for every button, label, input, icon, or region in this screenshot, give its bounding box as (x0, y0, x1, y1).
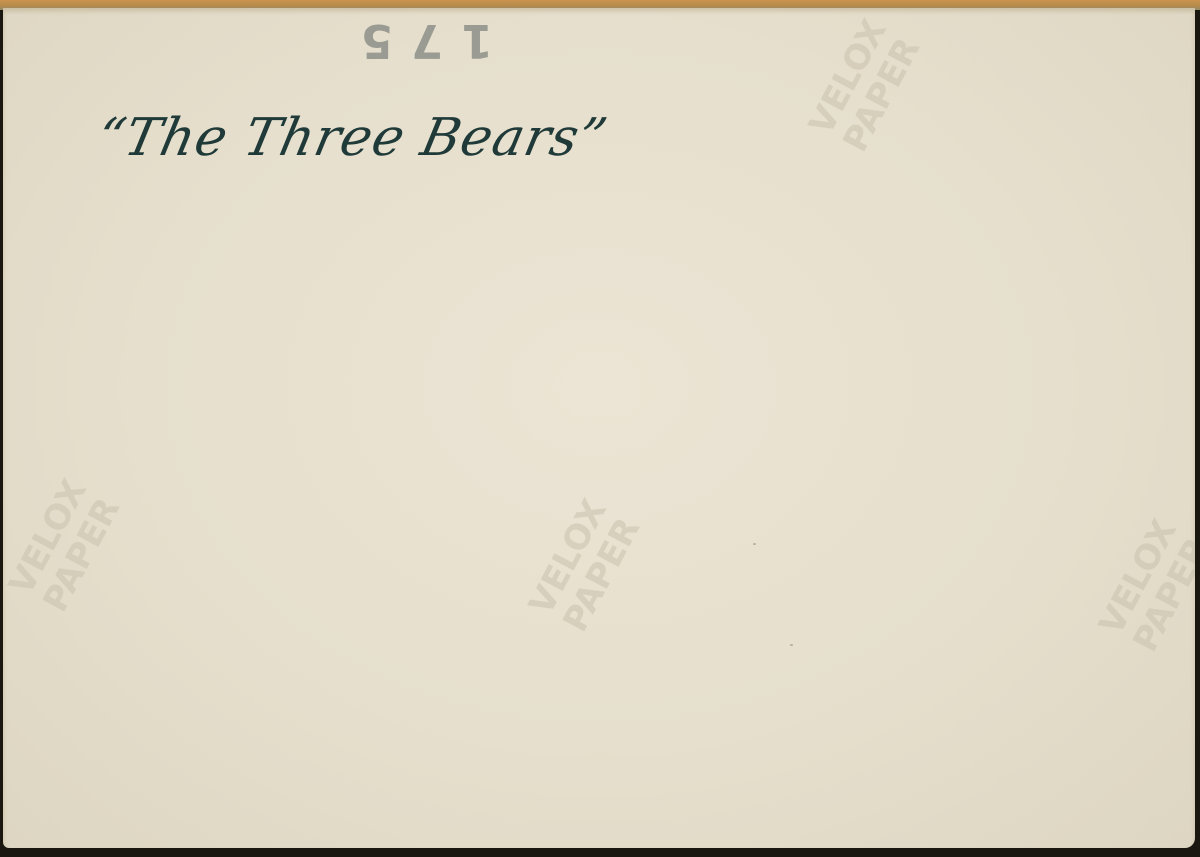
handwritten-title: “The Three Bears” (92, 108, 613, 168)
stamped-number: 175 (338, 14, 498, 68)
velox-watermark: VELOX PAPER (802, 13, 927, 158)
photo-paper-back: VELOX PAPER VELOX PAPER VELOX PAPER VELO… (3, 8, 1195, 848)
velox-watermark: VELOX PAPER (3, 473, 128, 618)
velox-watermark: VELOX PAPER (1092, 513, 1195, 658)
paper-speck (753, 543, 756, 545)
paper-speck (790, 644, 793, 646)
velox-watermark: VELOX PAPER (522, 493, 647, 638)
